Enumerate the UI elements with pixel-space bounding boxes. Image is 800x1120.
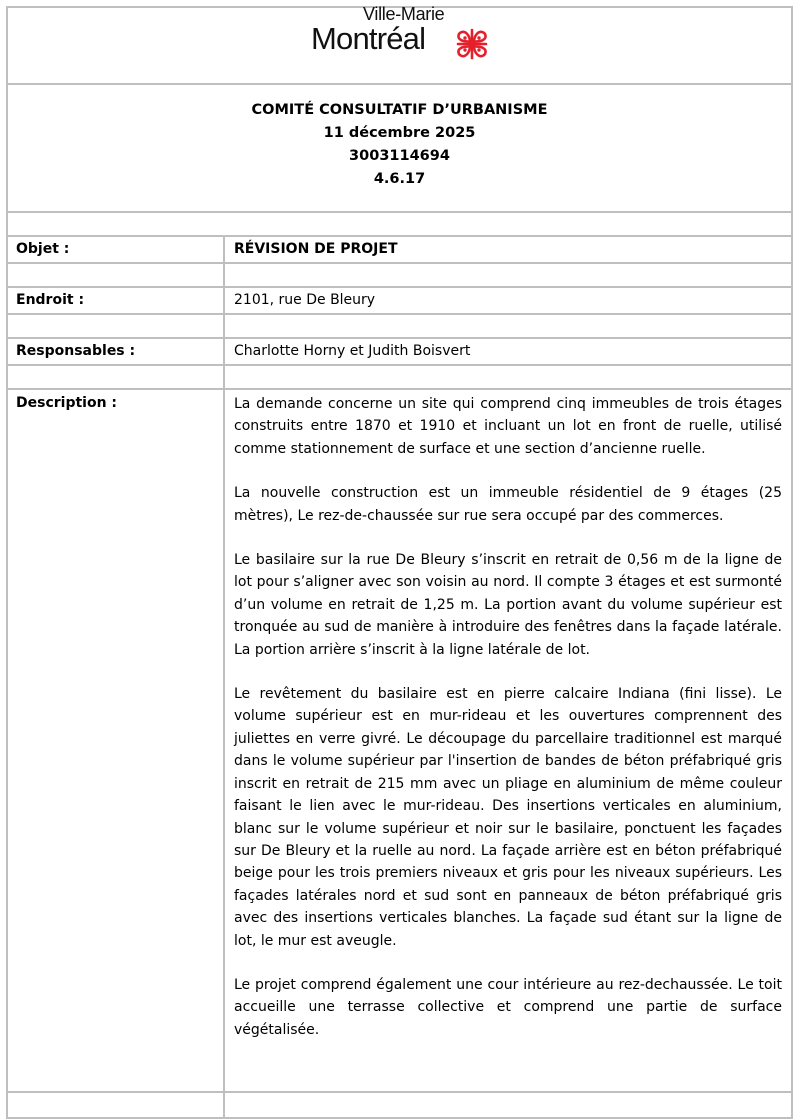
endroit-value: 2101, rue De Bleury [225,288,791,313]
file-number: 3003114694 [8,145,791,168]
spacer-row [8,264,791,288]
description-paragraph: Le projet comprend également une cour in… [234,974,782,1041]
description-value: La demande concerne un site qui comprend… [225,390,791,1091]
description-paragraph: La demande concerne un site qui comprend… [234,393,782,460]
spacer-row [8,315,791,339]
description-paragraph: Le revêtement du basilaire est en pierre… [234,683,782,952]
description-label: Description : [8,390,225,1091]
logo-row: Ville-Marie Montréal [8,8,791,85]
endroit-row: Endroit : 2101, rue De Bleury [8,288,791,315]
committee-name: COMITÉ CONSULTATIF D’URBANISME [8,99,791,122]
spacer-row [8,366,791,390]
empty-final-row [8,1093,791,1119]
objet-label: Objet : [8,237,225,262]
description-paragraph: Le basilaire sur la rue De Bleury s’insc… [234,549,782,661]
meeting-date: 11 décembre 2025 [8,122,791,145]
spacer-row [8,213,791,237]
item-number: 4.6.17 [8,168,791,191]
montreal-logo: Ville-Marie Montréal [311,4,501,66]
document-table: Ville-Marie Montréal COMITÉ CONSULTATIF … [6,6,793,1119]
description-row: Description : La demande concerne un sit… [8,390,791,1093]
objet-value: RÉVISION DE PROJET [225,237,791,262]
city-name: Montréal [311,21,425,57]
objet-row: Objet : RÉVISION DE PROJET [8,237,791,264]
description-paragraph: La nouvelle construction est un immeuble… [234,482,782,527]
montreal-rosette-icon [452,26,492,62]
responsables-value: Charlotte Horny et Judith Boisvert [225,339,791,364]
title-block: COMITÉ CONSULTATIF D’URBANISME 11 décemb… [8,85,791,213]
endroit-label: Endroit : [8,288,225,313]
responsables-label: Responsables : [8,339,225,364]
responsables-row: Responsables : Charlotte Horny et Judith… [8,339,791,366]
